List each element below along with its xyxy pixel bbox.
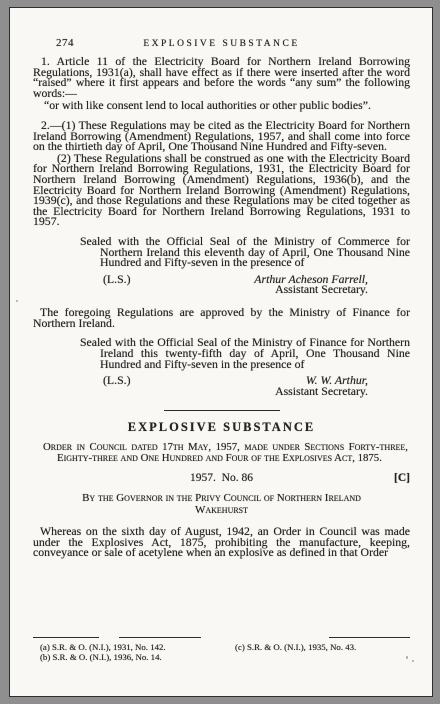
footnote-rule [119,637,201,638]
signature-row-commerce: (L.S.) Arthur Acheson Farrell, Assistant… [33,274,410,296]
scan-noise-speck [16,300,18,302]
approval-paragraph: The foregoing Regulations are approved b… [33,307,410,328]
article-1-paragraph: 1. Article 11 of the Electricity Board f… [33,56,410,98]
signature-block: Arthur Acheson Farrell, Assistant Secret… [254,274,368,296]
byline-text: By the Governor in the Privy Council of … [82,492,361,504]
article-2-1-paragraph: 2.—(1) These Regulations may be cited as… [33,120,410,152]
running-head: 274 EXPLOSIVE SUBSTANCE [33,37,410,50]
finance-seal-clause: Sealed with the Official Seal of the Min… [100,337,410,369]
footnote-separator-rules [33,636,410,639]
inserted-words-quote: “or with like consent lend to local auth… [56,100,410,111]
order-number-line: 1957. No. 86 [C] [33,472,410,484]
footnote-column-left: (a) S.R. & O. (N.I.), 1931, No. 142. (b)… [33,642,229,662]
scan-noise-speck [406,656,408,659]
order-section: EXPLOSIVE SUBSTANCE Order in Council dat… [33,420,410,557]
regulations-section: 1. Article 11 of the Electricity Board f… [33,56,410,397]
document-page: 274 EXPLOSIVE SUBSTANCE 1. Article 11 of… [9,7,433,697]
commerce-seal-clause: Sealed with the Official Seal of the Min… [100,236,410,268]
article-2-2-paragraph: (2) These Regulations shall be construed… [33,153,410,227]
scanned-document-background: { "colors": { "surround": "#8f8f8f", "pa… [0,0,440,704]
seal-mark: (L.S.) [103,375,131,397]
document-separator-rule [164,410,280,412]
order-number: 1957. No. 86 [190,472,253,484]
signature-row-finance: (L.S.) W. W. Arthur, Assistant Secretary… [33,375,410,397]
footnote-rule [329,637,410,638]
footnote-b: (b) S.R. & O. (N.I.), 1936, No. 14. [40,652,229,662]
byline: By the Governor in the Privy Council of … [33,493,410,516]
classification-mark: [C] [394,472,410,484]
seal-mark: (L.S.) [103,274,131,296]
footnote-column-right: (c) S.R. & O. (N.I.), 1935, No. 43. [229,642,410,662]
footnotes: (a) S.R. & O. (N.I.), 1931, No. 142. (b)… [33,642,410,662]
running-title: EXPLOSIVE SUBSTANCE [33,39,410,49]
governor-name: Wakehurst [195,504,248,516]
footnote-rule [33,637,99,638]
order-caption: Order in Council dated 17th May, 1957, m… [43,442,408,464]
footnote-a: (a) S.R. & O. (N.I.), 1931, No. 142. [40,642,229,652]
order-title: EXPLOSIVE SUBSTANCE [33,420,410,435]
footnote-area: (a) S.R. & O. (N.I.), 1931, No. 142. (b)… [33,636,410,662]
signature-title: Assistant Secretary. [275,282,368,296]
whereas-paragraph: Whereas on the sixth day of August, 1942… [33,526,410,558]
signature-block: W. W. Arthur, Assistant Secretary. [275,375,368,397]
footnote-c: (c) S.R. & O. (N.I.), 1935, No. 43. [235,642,410,652]
signature-title: Assistant Secretary. [275,384,368,398]
scan-noise-speck [412,660,414,662]
